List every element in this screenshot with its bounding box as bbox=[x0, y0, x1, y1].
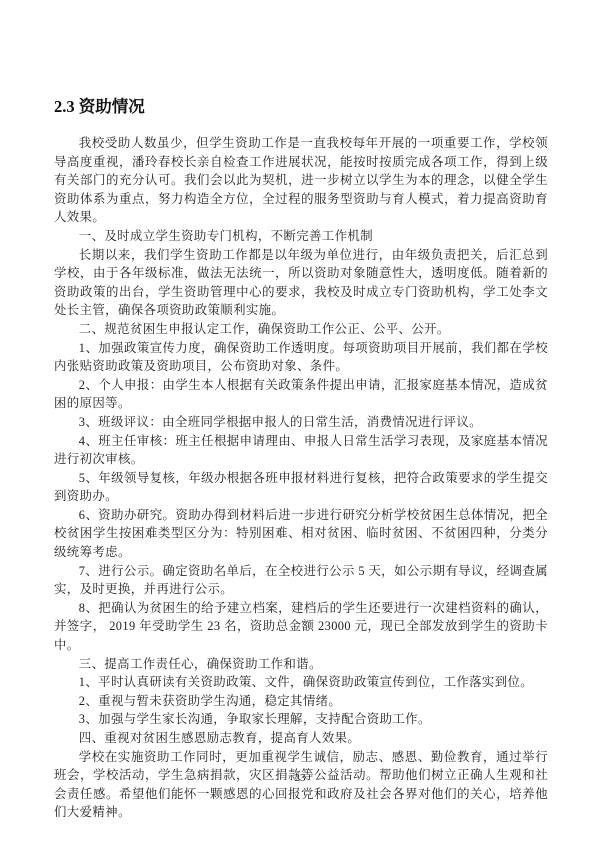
paragraph-item-8: 8、把确认为贫困生的给予建立档案，建档后的学生还要进行一次建档资料的确认，并签字… bbox=[54, 599, 548, 655]
paragraph-item-1: 1、加强政策宣传力度，确保资助工作透明度。每项资助项目开展前，我们都在学校内张贴… bbox=[54, 339, 548, 376]
document-page: 2.3 资助情况 我校受助人数虽少，但学生资助工作是一直我校每年开展的一项重要工… bbox=[0, 0, 600, 849]
paragraph-item-5: 5、年级领导复核，年级办根据各班申报材料进行复核，把符合政策要求的学生提交到资助… bbox=[54, 469, 548, 506]
paragraph-section-4-title: 四、重视对贫困生感恩励志教育，提高育人效果。 bbox=[54, 729, 548, 748]
paragraph-item-7: 7、进行公示。确定资助名单后，在全校进行公示 5 天，如公示期有导议，经调查属实… bbox=[54, 562, 548, 599]
paragraph-section-3-item-1: 1、平时认真研读有关资助政策、文件，确保资助政策宣传到位，工作落实到位。 bbox=[54, 673, 548, 692]
paragraph-item-2: 2、个人申报：由学生本人根据有关政策条件提出申请，汇报家庭基本情况，造成贫困的原… bbox=[54, 376, 548, 413]
page-number: 23 bbox=[0, 772, 600, 784]
paragraph-section-1-body: 长期以来，我们学生资助工作都是以年级为单位进行，由年级负责把关，后汇总到学校，由… bbox=[54, 246, 548, 320]
paragraph-item-6: 6、资助办研究。资助办得到材料后进一步进行研究分析学校贫困生总体情况，把全校贫困… bbox=[54, 506, 548, 562]
section-heading: 2.3 资助情况 bbox=[54, 96, 548, 118]
paragraph-item-4: 4、班主任审核：班主任根据申请理由、申报人日常生活学习表现，及家庭基本情况进行初… bbox=[54, 432, 548, 469]
paragraph-section-1-title: 一、及时成立学生资助专门机构，不断完善工作机制 bbox=[54, 227, 548, 246]
paragraph-section-2-title: 二、规范贫困生申报认定工作，确保资助工作公正、公平、公开。 bbox=[54, 320, 548, 339]
document-body: 我校受助人数虽少，但学生资助工作是一直我校每年开展的一项重要工作，学校领导高度重… bbox=[54, 134, 548, 822]
paragraph-item-3: 3、班级评议：由全班同学根据申报人的日常生活，消费情况进行评议。 bbox=[54, 413, 548, 432]
paragraph-section-4-body: 学校在实施资助工作同时，更加重视学生诚信，励志、感恩、勤俭教育，通过举行班会，学… bbox=[54, 748, 548, 822]
paragraph-section-3-item-2: 2、重视与暂未获资助学生沟通，稳定其情绪。 bbox=[54, 692, 548, 711]
paragraph-section-3-item-3: 3、加强与学生家长沟通，争取家长理解，支持配合资助工作。 bbox=[54, 710, 548, 729]
paragraph-intro: 我校受助人数虽少，但学生资助工作是一直我校每年开展的一项重要工作，学校领导高度重… bbox=[54, 134, 548, 227]
paragraph-section-3-title: 三、提高工作责任心，确保资助工作和谐。 bbox=[54, 655, 548, 674]
